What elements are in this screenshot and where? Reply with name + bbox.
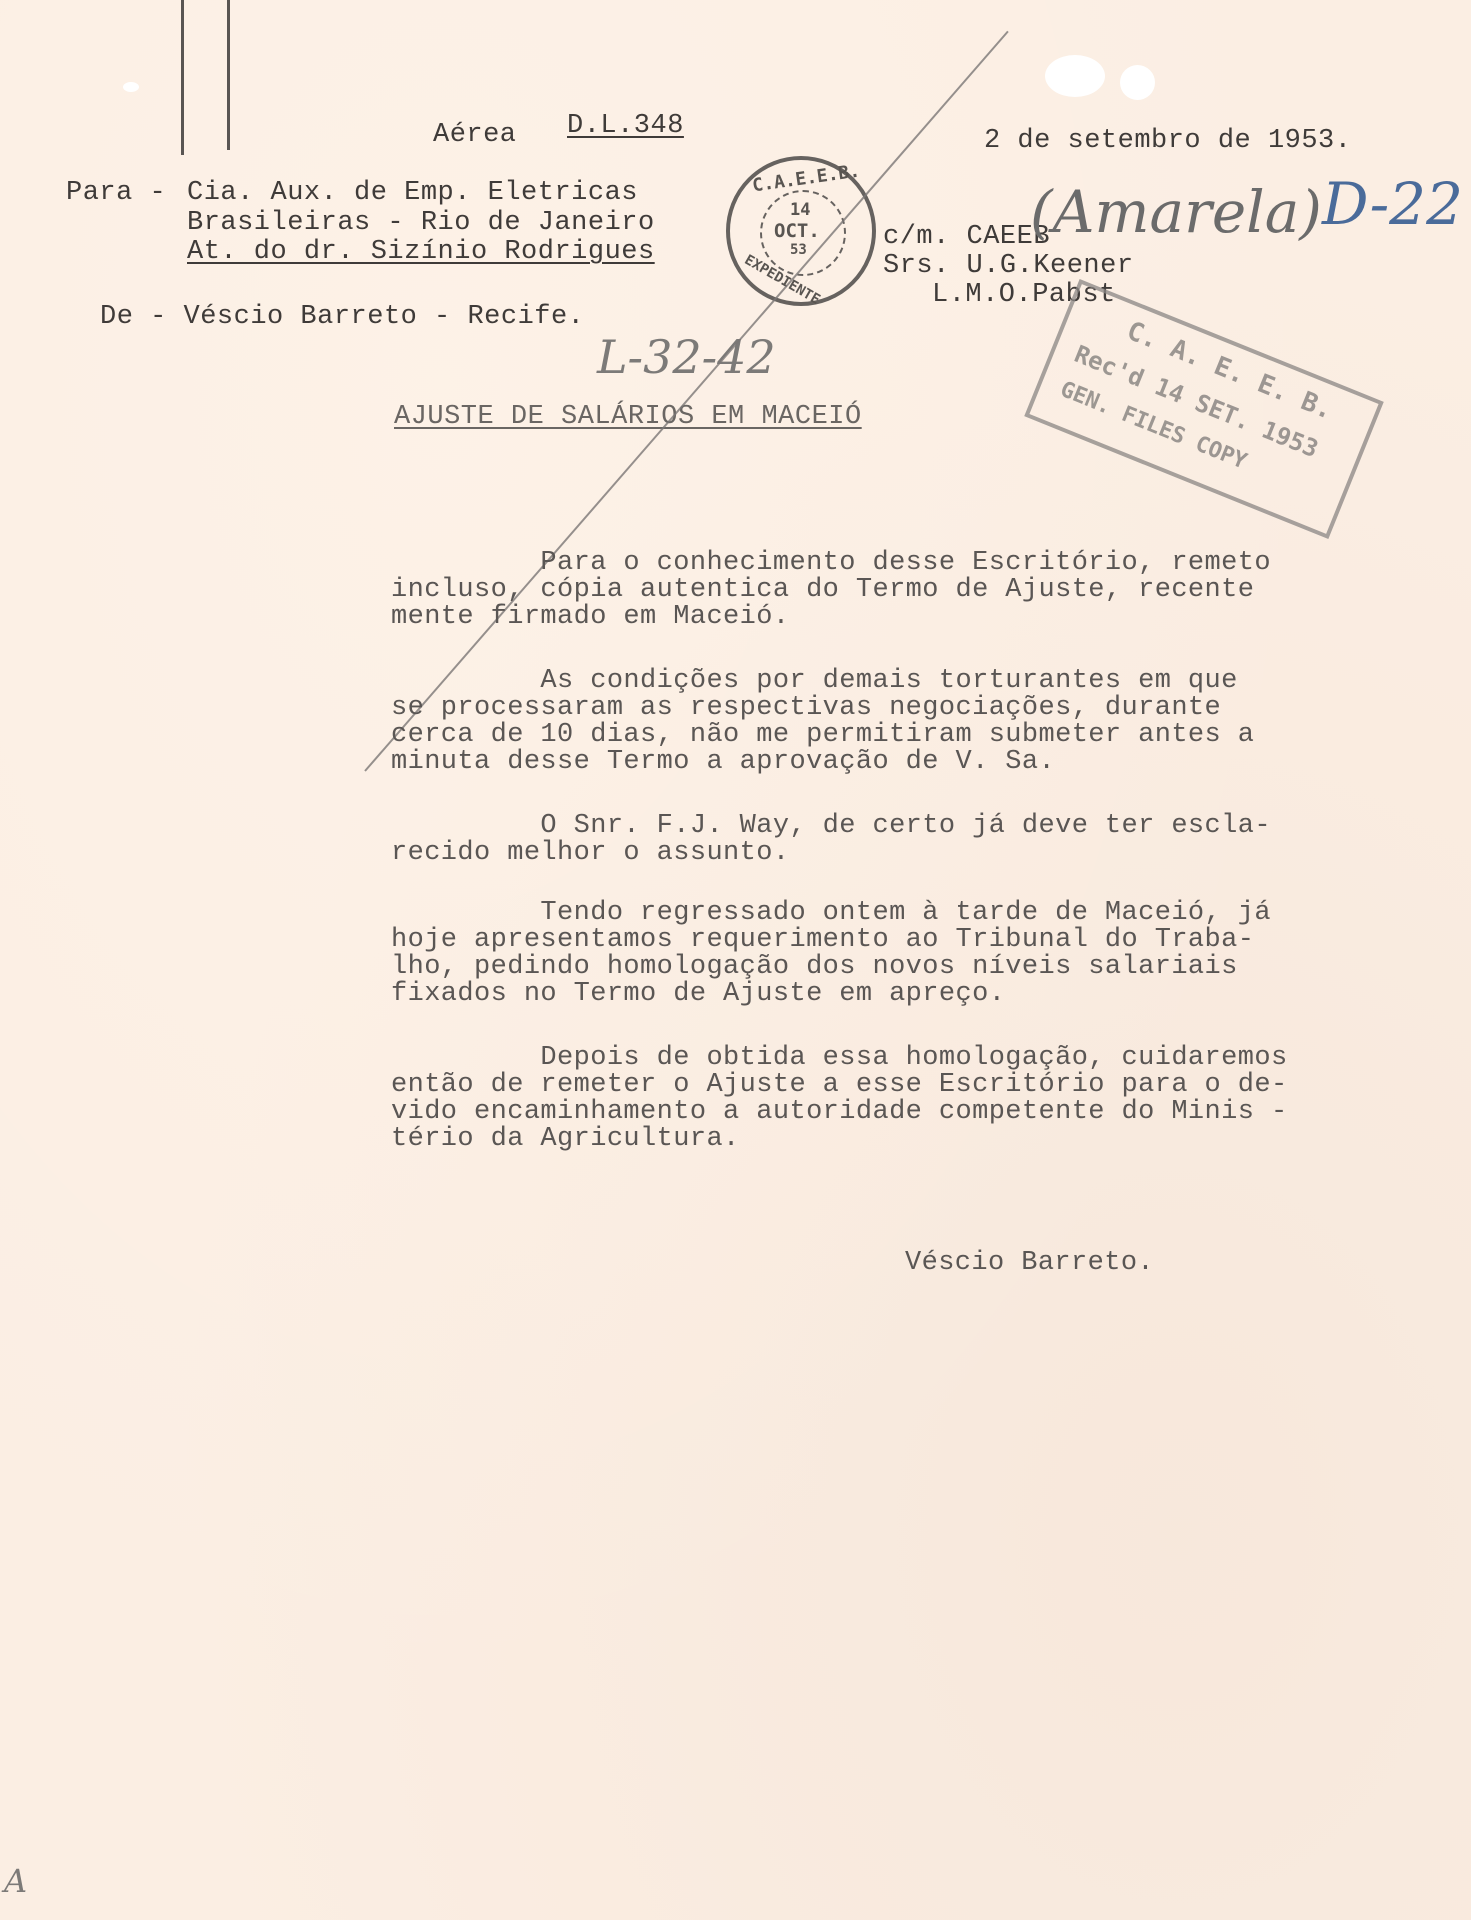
addressee-label: Para - xyxy=(66,178,166,208)
p4-line-1: Tendo regressado ontem à tarde de Maceió… xyxy=(391,898,1271,928)
p2-line-3: cerca de 10 dias, não me permitiram subm… xyxy=(391,720,1254,750)
handwritten-file-code: D-22 xyxy=(1322,170,1463,238)
addressee-line-1: Cia. Aux. de Emp. Eletricas xyxy=(187,178,638,208)
stamp-year: 53 xyxy=(790,242,807,258)
expediente-circular-stamp: C.A.E.E.B. 14 OCT. 53 EXPEDIENTE xyxy=(726,156,876,306)
paper-tear xyxy=(1045,55,1105,97)
staple-hole xyxy=(123,82,139,92)
letter-date: 2 de setembro de 1953. xyxy=(984,126,1351,156)
p3-line-2: recido melhor o assunto. xyxy=(391,838,789,868)
p1-line-3: mente firmado em Maceió. xyxy=(391,602,789,632)
margin-rule-right xyxy=(227,0,230,150)
handwritten-ref-code: L-32-42 xyxy=(597,330,776,384)
handwritten-amarela: (Amarela) xyxy=(1030,178,1322,246)
paper-tear-2 xyxy=(1120,65,1155,100)
copy-line-2: Srs. U.G.Keener xyxy=(883,251,1134,281)
letter-page: Aérea D.L.348 2 de setembro de 1953. Par… xyxy=(0,0,1471,1920)
addressee-line-2: Brasileiras - Rio de Janeiro xyxy=(187,208,655,238)
received-rect-stamp: C. A. E. E. B. Rec'd 14 SET. 1953 GEN. F… xyxy=(1024,279,1384,539)
p4-line-3: lho, pedindo homologação dos novos nívei… xyxy=(391,952,1238,982)
p5-line-4: tério da Agricultura. xyxy=(391,1124,740,1154)
p5-line-1: Depois de obtida essa homologação, cuida… xyxy=(391,1043,1288,1073)
stamp-day: 14 xyxy=(790,200,810,220)
subject-heading: AJUSTE DE SALÁRIOS EM MACEIÓ xyxy=(394,402,862,432)
signature: Véscio Barreto. xyxy=(905,1248,1154,1278)
p2-line-1: As condições por demais torturantes em q… xyxy=(391,666,1238,696)
p5-line-3: vido encaminhamento a autoridade compete… xyxy=(391,1097,1288,1127)
p1-line-1: Para o conhecimento desse Escritório, re… xyxy=(391,548,1271,578)
air-mail-label: Aérea xyxy=(433,120,517,150)
p1-line-2: incluso, cópia autentica do Termo de Aju… xyxy=(391,575,1254,605)
p3-line-1: O Snr. F.J. Way, de certo já deve ter es… xyxy=(391,811,1271,841)
handwritten-corner-mark: A xyxy=(4,1862,27,1900)
p5-line-2: então de remeter o Ajuste a esse Escritó… xyxy=(391,1070,1288,1100)
p2-line-4: minuta desse Termo a aprovação de V. Sa. xyxy=(391,747,1055,777)
p4-line-2: hoje apresentamos requerimento ao Tribun… xyxy=(391,925,1254,955)
p2-line-2: se processaram as respectivas negociaçõe… xyxy=(391,693,1221,723)
reference-number: D.L.348 xyxy=(567,111,684,141)
margin-rule-left xyxy=(181,0,184,155)
copy-line-1: c/m. CAEEB xyxy=(883,222,1050,252)
stamp-month: OCT. xyxy=(774,220,820,242)
p4-line-4: fixados no Termo de Ajuste em apreço. xyxy=(391,979,1005,1009)
addressee-line-3: At. do dr. Sizínio Rodrigues xyxy=(187,237,655,267)
sender-line: De - Véscio Barreto - Recife. xyxy=(100,302,584,332)
